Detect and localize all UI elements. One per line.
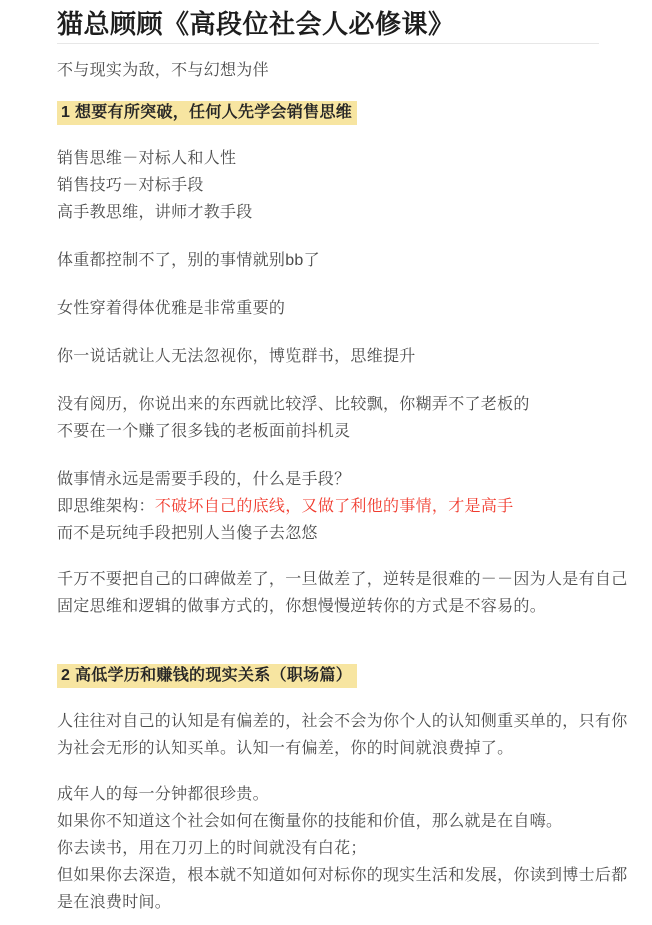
paragraph-sales-thinking: 销售思维－对标人和人性 销售技巧－对标手段 高手教思维，讲师才教手段 (57, 145, 632, 226)
paragraph-time-value: 成年人的每一分钟都很珍贵。 如果你不知道这个社会如何在衡量你的技能和价值，那么就… (57, 781, 632, 916)
methods-line-2-prefix: 即思维架构： (57, 498, 155, 515)
document-subtitle: 不与现实为敌，不与幻想为伴 (57, 57, 632, 84)
paragraph-dress-elegance: 女性穿着得体优雅是非常重要的 (57, 295, 632, 322)
paragraph-reputation: 千万不要把自己的口碑做差了，一旦做差了，逆转是很难的－－因为人是有自己 固定思维… (57, 566, 632, 620)
paragraph-speech-presence: 你一说话就让人无法忽视你，博览群书，思维提升 (57, 343, 632, 370)
section-2-heading-text: 2 高低学历和赚钱的现实关系（职场篇） (57, 664, 357, 688)
document-page: 猫总顾顾《高段位社会人必修课》 不与现实为敌，不与幻想为伴 1 想要有所突破，任… (0, 0, 652, 925)
methods-line-1: 做事情永远是需要手段的，什么是手段？ (57, 471, 350, 488)
title-divider (57, 43, 599, 44)
paragraph-weight-control: 体重都控制不了，别的事情就别bb了 (57, 247, 632, 274)
section-2-heading: 2 高低学历和赚钱的现实关系（职场篇） (57, 664, 632, 688)
section-1-heading: 1 想要有所突破，任何人先学会销售思维 (57, 101, 632, 125)
methods-line-2-red-emphasis: 不破坏自己的底线，又做了利他的事情，才是高手 (155, 498, 514, 515)
paragraph-experience: 没有阅历，你说出来的东西就比较浮、比较飘，你糊弄不了老板的 不要在一个赚了很多钱… (57, 391, 632, 445)
paragraph-cognition-bias: 人往往对自己的认知是有偏差的，社会不会为你个人的认知侧重买单的，只有你 为社会无… (57, 708, 632, 762)
section-1-heading-text: 1 想要有所突破，任何人先学会销售思维 (57, 101, 357, 125)
document-title: 猫总顾顾《高段位社会人必修课》 (57, 0, 632, 42)
paragraph-methods: 做事情永远是需要手段的，什么是手段？即思维架构：不破坏自己的底线，又做了利他的事… (57, 466, 632, 547)
methods-line-3: 而不是玩纯手段把别人当傻子去忽悠 (57, 525, 318, 542)
